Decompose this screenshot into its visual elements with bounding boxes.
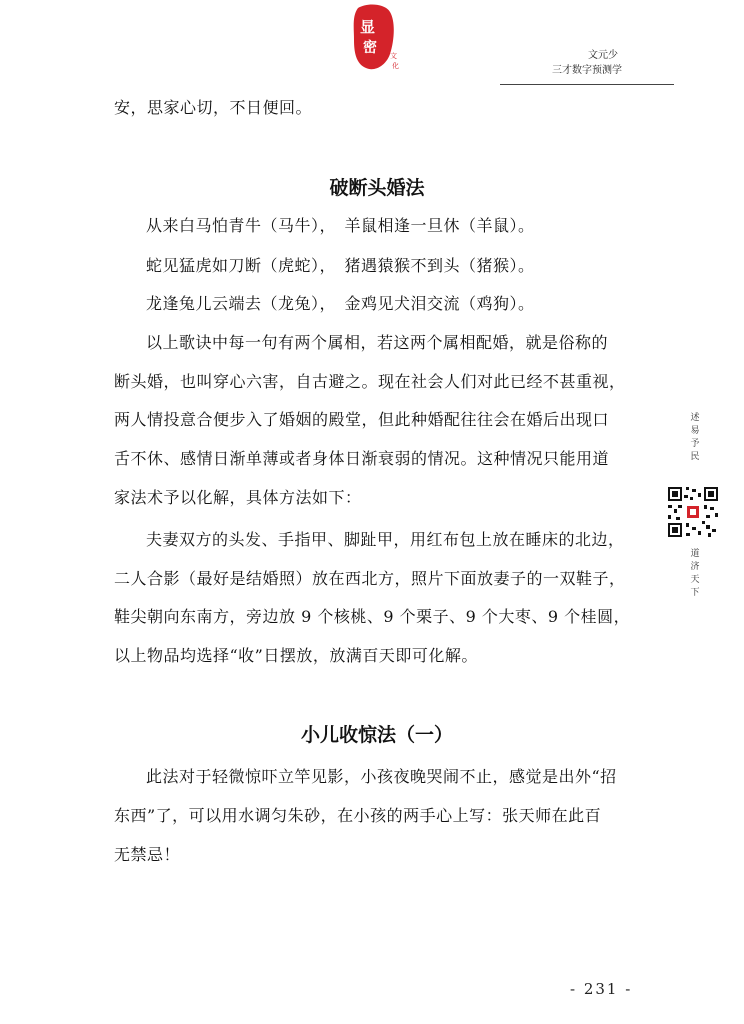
svg-text:文: 文 [390, 51, 397, 60]
verse-line: 龙逢兔儿云端去（龙兔）， 金鸡见犬泪交流（鸡狗）。 [146, 294, 672, 314]
seal-logo: 显 密 文 化 [346, 2, 404, 74]
section-title: 小儿收惊法（一） [114, 720, 640, 747]
paragraph-line: 鞋尖朝向东南方，旁边放 9 个核桃、9 个栗子、9 个大枣、9 个桂圆， [114, 607, 640, 627]
section-title: 破断头婚法 [114, 173, 640, 200]
verse-line: 从来白马怕青牛（马牛）， 羊鼠相逢一旦休（羊鼠）。 [146, 216, 672, 236]
sidebar-motto-bottom: 道 济 天 下 [662, 548, 728, 600]
paragraph-line: 东西”了，可以用水调匀朱砂，在小孩的两手心上写：张天师在此百 [114, 806, 640, 826]
red-seal-icon: 显 密 文 化 [346, 2, 404, 74]
svg-text:化: 化 [392, 61, 399, 70]
paragraph-line: 无禁忌！ [114, 845, 640, 865]
header-divider [500, 84, 674, 85]
paragraph-line: 断头婚，也叫穿心六害，自古避之。现在社会人们对此已经不甚重视， [114, 372, 640, 392]
author-name: 文元少 [552, 48, 618, 63]
svg-text:密: 密 [363, 39, 377, 56]
running-header: 文元少 三才数字预测学 [552, 48, 618, 78]
sidebar-motto-top: 述 易 予 民 [662, 412, 728, 464]
book-title: 三才数字预测学 [552, 63, 622, 78]
page-number: - 231 - [570, 980, 632, 998]
paragraph-line: 二人合影（最好是结婚照）放在西北方，照片下面放妻子的一双鞋子， [114, 569, 640, 589]
qr-code-icon [666, 485, 720, 539]
paragraph-line: 两人情投意合便步入了婚姻的殿堂，但此种婚配往往会在婚后出现口 [114, 410, 640, 430]
paragraph-line: 以上物品均选择“收”日摆放，放满百天即可化解。 [114, 646, 640, 666]
paragraph-line: 家法术予以化解，具体方法如下： [114, 488, 640, 508]
paragraph-line: 以上歌诀中每一句有两个属相，若这两个属相配婚，就是俗称的 [146, 333, 672, 353]
paragraph-line: 舌不休、感情日渐单薄或者身体日渐衰弱的情况。这种情况只能用道 [114, 449, 640, 469]
svg-text:显: 显 [360, 18, 375, 36]
continued-text: 安，思家心切，不日便回。 [114, 98, 640, 118]
paragraph-line: 此法对于轻微惊吓立竿见影，小孩夜晚哭闹不止，感觉是出外“招 [146, 767, 672, 787]
verse-line: 蛇见猛虎如刀断（虎蛇）， 猪遇猿猴不到头（猪猴）。 [146, 256, 672, 276]
paragraph-line: 夫妻双方的头发、手指甲、脚趾甲，用红布包上放在睡床的北边， [146, 530, 672, 550]
